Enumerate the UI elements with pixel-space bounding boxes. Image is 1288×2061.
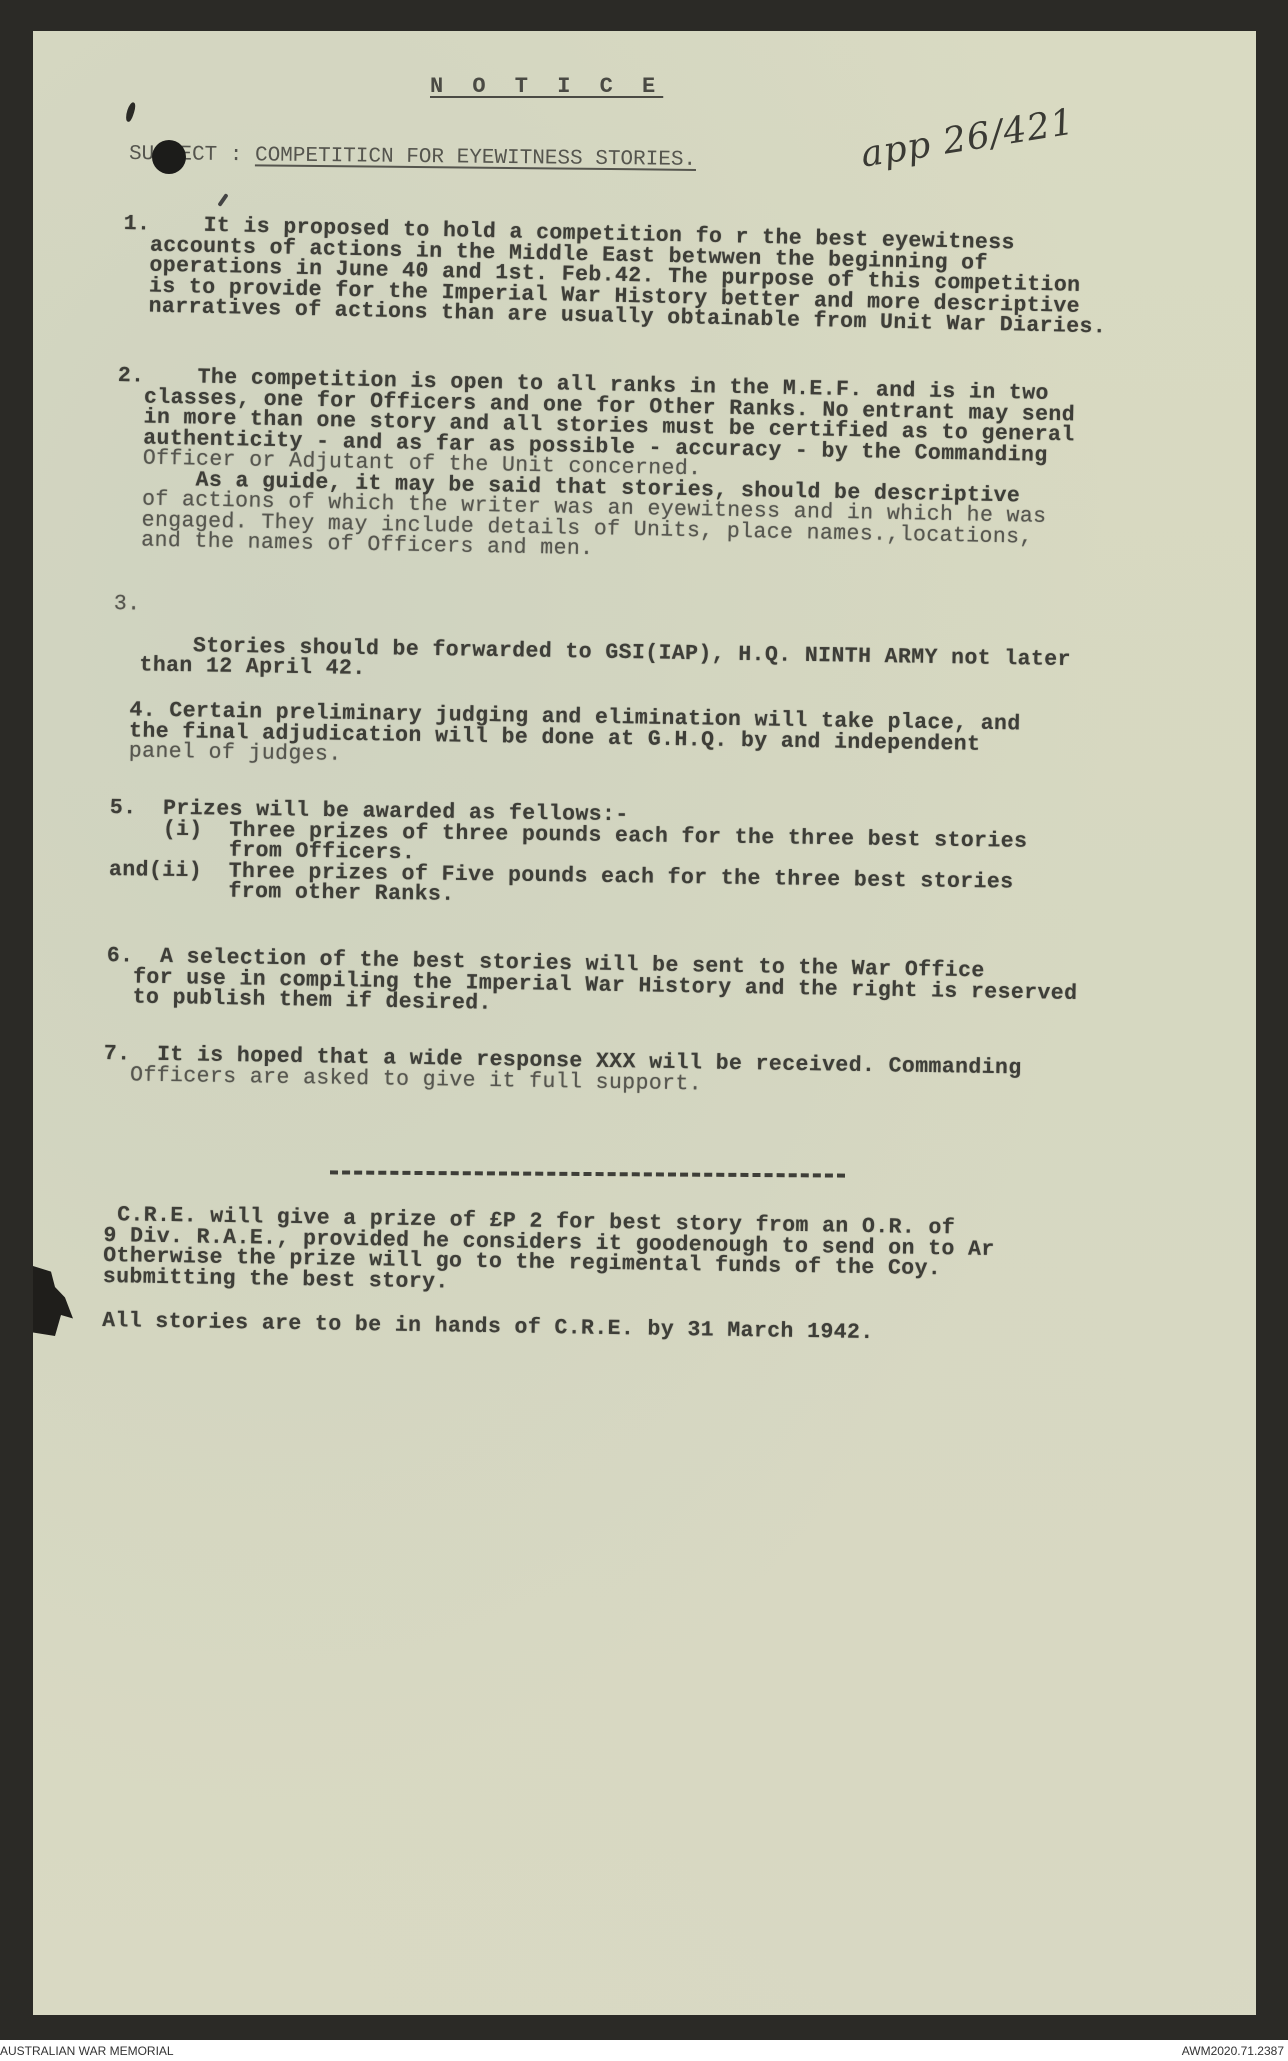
document-title: N O T I C E — [430, 74, 663, 99]
accession-number: AWM2020.71.2387 — [1182, 2044, 1284, 2058]
paragraph-4: 4. Certain preliminary judging and elimi… — [102, 700, 1021, 776]
paragraph-1: 1. It is proposed to hold a competition … — [122, 214, 1108, 338]
punch-hole — [152, 140, 186, 174]
paragraph-2: 2. The competition is open to all ranks … — [114, 366, 1075, 569]
paragraph-3: 3. Stories should be forwarded to GSI(IA… — [113, 594, 1072, 691]
torn-edge — [33, 1266, 73, 1336]
paragraph-5: 5. Prizes will be awarded as fellows:- (… — [109, 798, 1028, 913]
addendum: C.R.E. will give a prize of £P 2 for bes… — [102, 1205, 995, 1345]
subject-label: SU ECT : — [129, 143, 255, 167]
institution-credit: AUSTRALIAN WAR MEMORIAL — [0, 2044, 174, 2058]
subject-value: COMPETITICN FOR EYEWITNESS STORIES. — [255, 144, 696, 172]
